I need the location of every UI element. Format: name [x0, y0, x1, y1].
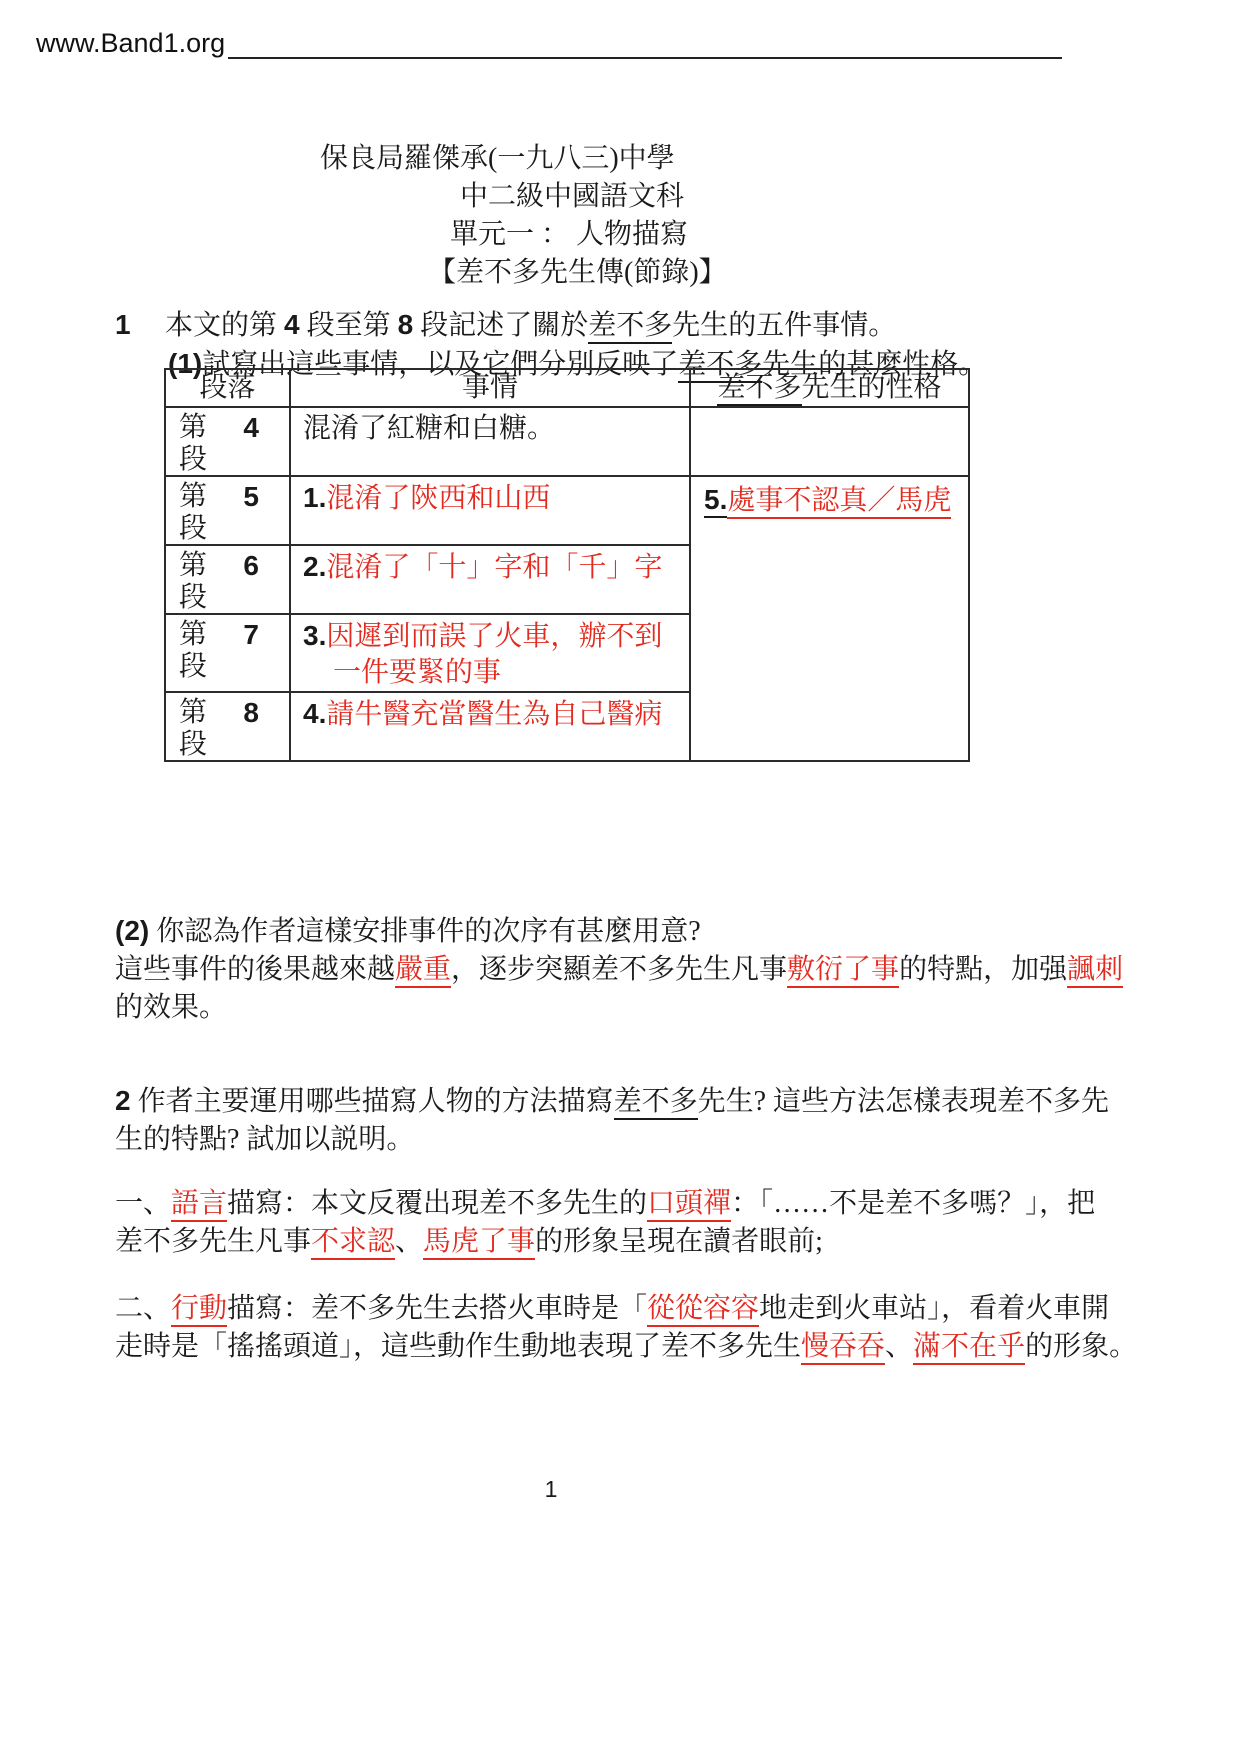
question-2-line-2: 生的特點? 試加以説明。	[115, 1121, 1175, 1159]
table-row: 第5 段 1.混淆了陝西和山西 5.處事不認真／馬虎	[165, 476, 969, 545]
text-run: 、	[395, 1226, 423, 1257]
underlined-name: 差不多	[717, 372, 801, 406]
paragraph-cell: 第6 段	[165, 545, 290, 614]
text-run: ，逐步突顯差不多先生凡事	[451, 954, 787, 985]
handwritten-answer: 處事不認真／馬虎	[727, 485, 951, 519]
event-cell: 1.混淆了陝西和山西	[290, 476, 690, 545]
text-run: 段	[179, 729, 259, 760]
text-run: 二、	[115, 1293, 171, 1324]
title-block: 保良局羅傑承(一九八三)中學 中二級中國語文科 單元一 ： 人物描寫 【差不多先…	[0, 140, 1240, 292]
text-run: 段記述了關於	[413, 310, 588, 341]
text-run: 段	[179, 444, 259, 475]
text-run: 作者主要運用哪些描寫人物的方法描寫	[131, 1086, 614, 1117]
underlined-name: 差不多	[588, 310, 672, 344]
col-header-event: 事情	[290, 369, 690, 407]
text-run: 先生的五件事情。	[672, 310, 896, 341]
handwritten-answer: 馬虎了事	[423, 1226, 535, 1260]
text-run: 第	[179, 618, 207, 651]
col-header-personality: 差不多先生的性格	[690, 369, 969, 407]
handwritten-answer: 諷刺	[1067, 954, 1123, 988]
text-run: 一、	[115, 1188, 171, 1219]
personality-cell-empty	[690, 407, 969, 476]
table-header-row: 段落 事情 差不多先生的性格	[165, 369, 969, 407]
text-run: 描寫：本文反覆出現差不多先生的	[227, 1188, 647, 1219]
paragraph-number: 5	[243, 480, 259, 513]
text-run: 走時是「搖搖頭道」，這些動作生動地表現了差不多先生	[115, 1331, 801, 1362]
underlined-name: 差不多	[614, 1086, 698, 1120]
paragraph-cell: 第4 段	[165, 407, 290, 476]
answer-number: 3.	[303, 620, 326, 651]
handwritten-answer: 口頭禪	[647, 1188, 731, 1222]
answer-number: 2.	[303, 551, 326, 582]
events-table: 段落 事情 差不多先生的性格 第4 段 混淆了紅糖和白糖。 第5 段 1.混淆了…	[164, 368, 970, 762]
language-line-2: 差不多先生凡事不求認、馬虎了事的形象呈現在讀者眼前;	[115, 1223, 1175, 1261]
question-1-sub2: (2) 你認為作者這樣安排事件的次序有甚麼用意? 這些事件的後果越來越嚴重，逐步…	[115, 912, 1175, 1027]
subject-line: 中二級中國語文科	[460, 178, 1240, 216]
text-run: 第	[179, 696, 207, 729]
paragraph-cell: 第5 段	[165, 476, 290, 545]
question-2-number: 2	[115, 1085, 131, 1116]
sub2-answer-line-1: 這些事件的後果越來越嚴重，逐步突顯差不多先生凡事敷衍了事的特點，加强諷刺	[115, 951, 1175, 989]
answer-number: 5.	[704, 484, 727, 518]
language-line-1: 一、語言描寫：本文反覆出現差不多先生的口頭禪：「……不是差不多嗎？」，把	[115, 1185, 1175, 1223]
question-1-intro: 1本文的第 4 段至第 8 段記述了關於差不多先生的五件事情。	[115, 306, 1175, 345]
text-run: 這些事件的後果越來越	[115, 954, 395, 985]
answer-number: 1.	[303, 482, 326, 513]
event-text: 混淆了紅糖和白糖。	[303, 413, 555, 444]
text-run: 地走到火車站」，看着火車開	[759, 1293, 1109, 1324]
handwritten-answer: 滿不在乎	[913, 1331, 1025, 1365]
paragraph-cell: 第8 段	[165, 692, 290, 761]
text-run: 差不多先生凡事	[115, 1226, 311, 1257]
paragraph-number: 7	[243, 618, 259, 651]
question-2-line-1: 2 作者主要運用哪些描寫人物的方法描寫差不多先生? 這些方法怎樣表現差不多先	[115, 1082, 1175, 1121]
answer-paragraph-language: 一、語言描寫：本文反覆出現差不多先生的口頭禪：「……不是差不多嗎？」，把 差不多…	[115, 1185, 1175, 1261]
text-run: 第	[179, 549, 207, 582]
page-number: 1	[0, 1476, 1102, 1503]
worksheet-page: www.Band1.org 保良局羅傑承(一九八三)中學 中二級中國語文科 單元…	[0, 0, 1240, 1754]
paragraph-number: 4	[284, 309, 300, 340]
text-run: 的形象呈現在讀者眼前;	[535, 1226, 823, 1257]
text-run: 、	[885, 1331, 913, 1362]
event-cell: 混淆了紅糖和白糖。	[290, 407, 690, 476]
question-2: 2 作者主要運用哪些描寫人物的方法描寫差不多先生? 這些方法怎樣表現差不多先 生…	[115, 1082, 1175, 1159]
text-run: 先生的性格	[802, 372, 942, 403]
paragraph-number: 8	[243, 696, 259, 729]
text-run: 段至第	[300, 310, 398, 341]
handwritten-answer: 不求認	[311, 1226, 395, 1260]
text-run: 的特點，加强	[899, 954, 1067, 985]
handwritten-answer: 一件要緊的事	[303, 655, 681, 691]
text-run: 段	[179, 651, 259, 682]
header-rule	[228, 57, 1062, 59]
handwritten-answer: 請牛醫充當醫生為自己醫病	[326, 699, 662, 730]
sub-question-label: (2)	[115, 915, 149, 946]
paragraph-number: 8	[398, 309, 414, 340]
sub2-question-line: (2) 你認為作者這樣安排事件的次序有甚麼用意?	[115, 912, 1175, 951]
text-run: 你認為作者這樣安排事件的次序有甚麼用意?	[149, 916, 700, 947]
handwritten-answer: 混淆了「十」字和「千」字	[326, 552, 662, 583]
text-run: 第	[179, 411, 207, 444]
handwritten-answer: 嚴重	[395, 954, 451, 988]
text-run: 描寫：差不多先生去搭火車時是「	[227, 1293, 647, 1324]
event-cell: 4.請牛醫充當醫生為自己醫病	[290, 692, 690, 761]
text-run: 先生? 這些方法怎樣表現差不多先	[698, 1086, 1109, 1117]
unit-line: 單元一 ： 人物描寫	[450, 216, 1240, 254]
col-header-paragraph: 段落	[165, 369, 290, 407]
handwritten-answer: 因遲到而誤了火車，辦不到	[326, 621, 662, 652]
paragraph-number: 6	[243, 549, 259, 582]
handwritten-answer: 慢吞吞	[801, 1331, 885, 1365]
site-watermark: www.Band1.org	[36, 28, 225, 59]
event-cell: 3.因遲到而誤了火車，辦不到 一件要緊的事	[290, 614, 690, 692]
handwritten-answer: 行動	[171, 1293, 227, 1327]
sub2-answer-line-2: 的效果。	[115, 989, 1175, 1027]
school-name: 保良局羅傑承(一九八三)中學	[320, 140, 1240, 178]
handwritten-answer: 語言	[171, 1188, 227, 1222]
handwritten-answer: 敷衍了事	[787, 954, 899, 988]
paragraph-number: 4	[243, 411, 259, 444]
text-run: 段	[179, 513, 259, 544]
handwritten-answer: 混淆了陝西和山西	[326, 483, 550, 514]
text-run: 段	[179, 582, 259, 613]
action-line-1: 二、行動描寫：差不多先生去搭火車時是「從從容容地走到火車站」，看着火車開	[115, 1290, 1175, 1328]
action-line-2: 走時是「搖搖頭道」，這些動作生動地表現了差不多先生慢吞吞、滿不在乎的形象。	[115, 1328, 1175, 1366]
paragraph-cell: 第7 段	[165, 614, 290, 692]
text-run: 的形象。	[1025, 1331, 1137, 1362]
answer-paragraph-action: 二、行動描寫：差不多先生去搭火車時是「從從容容地走到火車站」，看着火車開 走時是…	[115, 1290, 1175, 1366]
personality-answer-cell: 5.處事不認真／馬虎	[690, 476, 969, 761]
passage-title: 【差不多先生傳(節錄)】	[428, 254, 1240, 292]
answer-number: 4.	[303, 698, 326, 729]
handwritten-answer: 從從容容	[647, 1293, 759, 1327]
event-cell: 2.混淆了「十」字和「千」字	[290, 545, 690, 614]
table-row: 第4 段 混淆了紅糖和白糖。	[165, 407, 969, 476]
text-run: 本文的第	[165, 310, 284, 341]
text-run: ：「……不是差不多嗎？」，把	[731, 1188, 1095, 1219]
text-run: 第	[179, 480, 207, 513]
question-1-number: 1	[115, 306, 165, 344]
